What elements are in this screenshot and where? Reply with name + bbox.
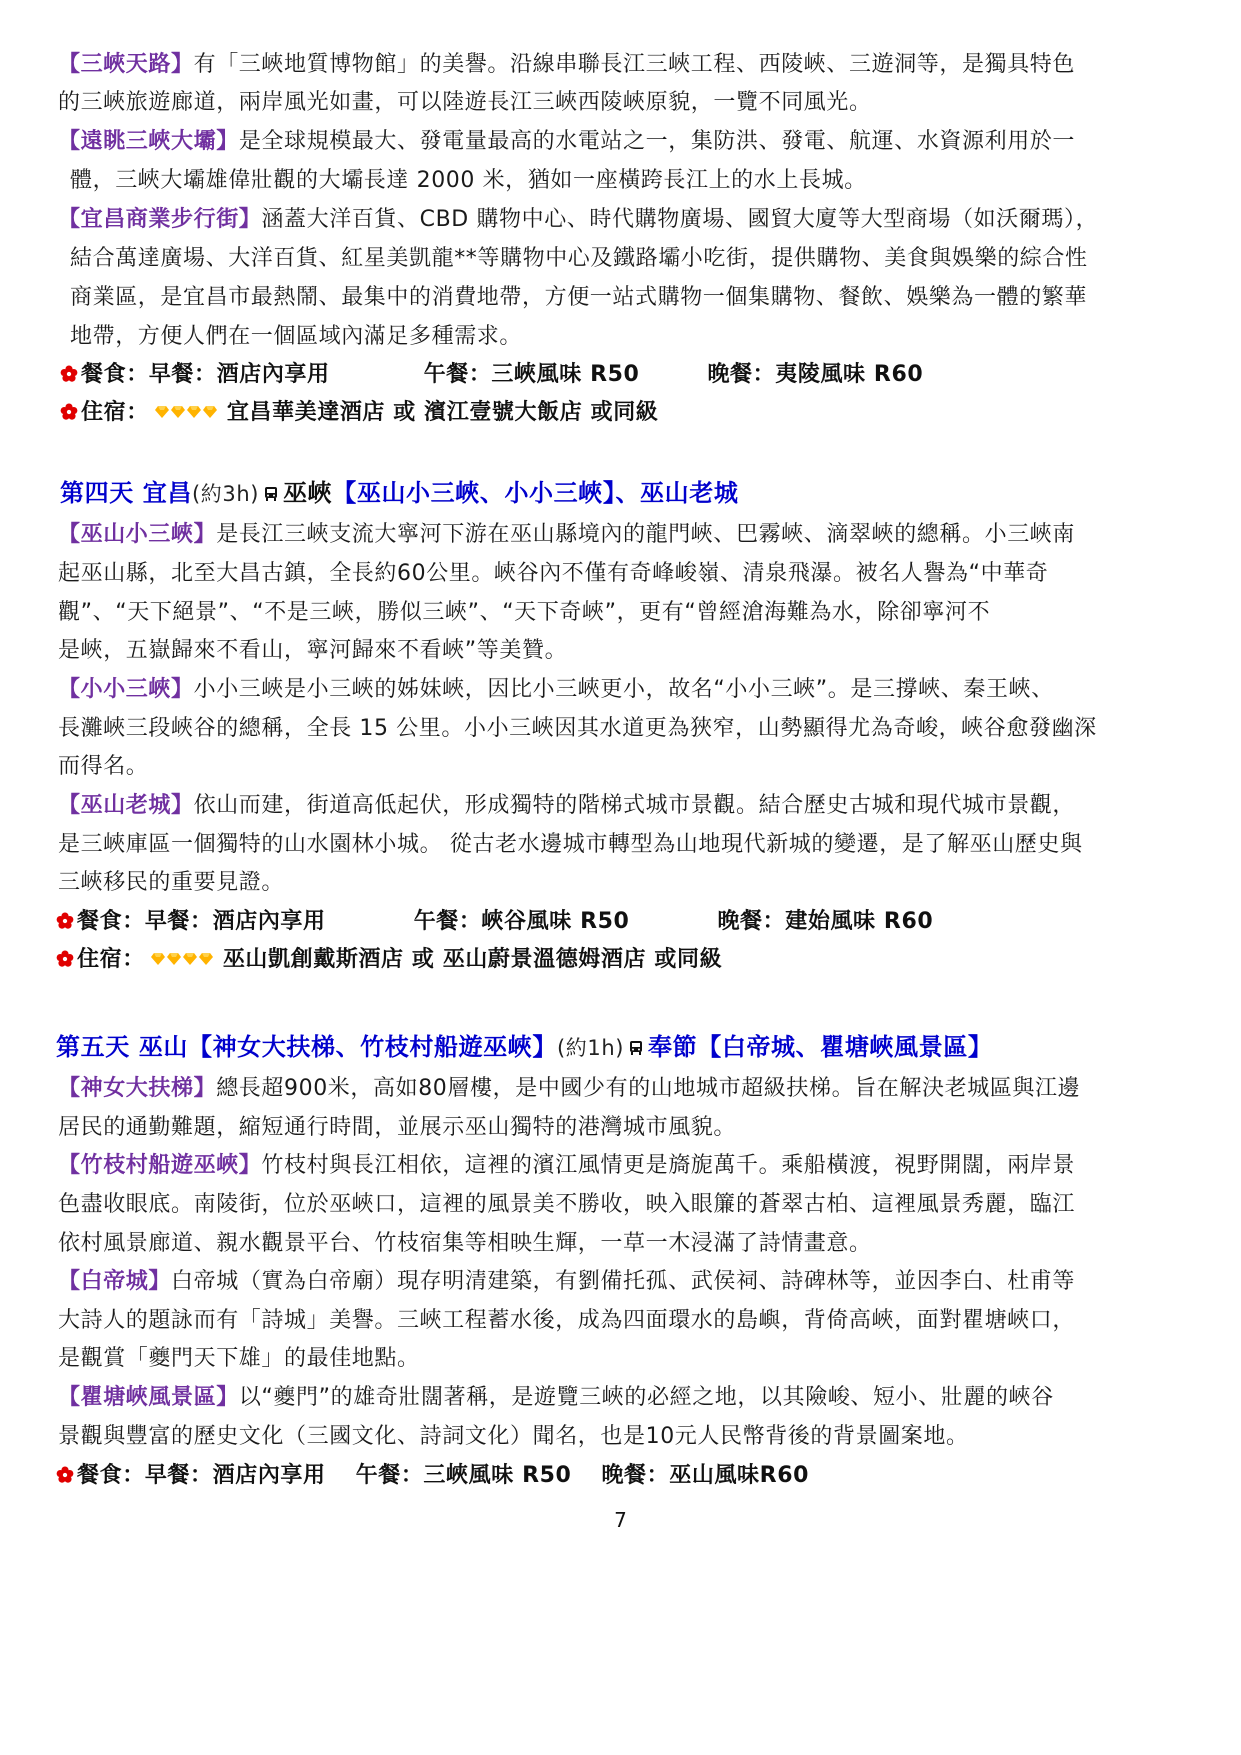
document-page: 【三峽天路】有「三峽地質博物館」的美譽。沿線串聯長江三峽工程、西陵峽、三遊洞等，… [0, 0, 1241, 1755]
attraction-tag: 【巫山老城】 [58, 793, 194, 818]
attraction-tag: 【瞿塘峽風景區】 [58, 1385, 239, 1410]
diamond-icon [187, 406, 201, 418]
meals-label: 餐食： [81, 362, 149, 387]
attraction-paragraph: 【神女大扶梯】總長超900米，高如80層樓，是中國少有的山地城市超級扶梯。旨在解… [58, 1074, 1188, 1104]
flower-icon [56, 912, 74, 930]
day-label: 第四天 [60, 479, 134, 507]
body-text: 是三峽庫區一個獨特的山水園林小城。 從古老水邊城市轉型為山地現代新城的變遷，是了… [58, 830, 1188, 860]
body-text: 白帝城（實為白帝廟）現存明清建築，有劉備托孤、武侯祠、詩碑林等，並因李白、杜甫等 [171, 1269, 1075, 1294]
breakfast: 早餐：酒店內享用 [145, 1463, 326, 1488]
flower-icon [56, 950, 74, 968]
breakfast: 早餐：酒店內享用 [149, 362, 330, 387]
body-text: 依村風景廊道、親水觀景平台、竹枝宿集等相映生輝，一草一木浸滿了詩情畫意。 [58, 1229, 1188, 1259]
attraction-tag: 【宜昌商業步行街】 [58, 207, 261, 232]
lunch: 午餐：峽谷風味 R50 [414, 909, 630, 934]
body-text: 小小三峽是小三峽的姊妹峽，因比小三峽更小，故名“小小三峽”。是三撐峽、秦王峽、 [194, 677, 1054, 702]
attraction-paragraph: 【遠眺三峽大壩】是全球規模最大、發電量最高的水電站之一，集防洪、發電、航運、水資… [58, 127, 1188, 157]
meals-row: 餐食：早餐：酒店內享用午餐：三峽風味 R50晚餐：夷陵風味 R60 [60, 360, 1190, 390]
diamond-icon [203, 406, 217, 418]
attraction-paragraph: 【宜昌商業步行街】涵蓋大洋百貨、CBD 購物中心、時代購物廣場、國貿大廈等大型商… [58, 205, 1188, 235]
attraction-paragraph: 【巫山老城】依山而建，街道高低起伏，形成獨特的階梯式城市景觀。結合歷史古城和現代… [58, 791, 1188, 821]
hotel-row: 住宿：巫山凱創戴斯酒店 或 巫山蔚景溫德姆酒店 或同級 [56, 945, 1186, 975]
body-text: 大詩人的題詠而有「詩城」美譽。三峽工程蓄水後，成為四面環水的島嶼，背倚高峽，面對… [58, 1306, 1188, 1336]
destination-city: 巫峽 [283, 479, 332, 507]
meals-label: 餐食： [77, 1463, 145, 1488]
attraction-paragraph: 【瞿塘峽風景區】以“夔門”的雄奇壯闊著稱，是遊覽三峽的必經之地，以其險峻、短小、… [58, 1383, 1188, 1413]
body-text: 起巫山縣，北至大昌古鎮，全長約60公里。峽谷內不僅有奇峰峻嶺、清泉飛瀑。被名人譽… [58, 559, 1188, 589]
attraction-tag: 【巫山小三峽】 [58, 522, 216, 547]
diamond-icon [199, 953, 213, 965]
attraction-tag: 【竹枝村船遊巫峽】 [58, 1153, 261, 1178]
day-sights: 【白帝城、瞿塘峽風景區】 [697, 1033, 992, 1061]
attraction-tag: 【神女大扶梯】 [58, 1076, 216, 1101]
attraction-paragraph: 【三峽天路】有「三峽地質博物館」的美譽。沿線串聯長江三峽工程、西陵峽、三遊洞等，… [58, 50, 1188, 80]
body-text: 竹枝村與長江相依，這裡的濱江風情更是旖旎萬千。乘船橫渡，視野開闊，兩岸景 [261, 1153, 1075, 1178]
diamond-icon [167, 953, 181, 965]
hotel-label: 住宿： [81, 400, 149, 425]
attraction-paragraph: 【小小三峽】小小三峽是小三峽的姊妹峽，因比小三峽更小，故名“小小三峽”。是三撐峽… [58, 675, 1188, 705]
hotel-name: 宜昌華美達酒店 或 濱江壹號大飯店 或同級 [227, 400, 659, 425]
meals-row: 餐食：早餐：酒店內享用午餐：三峽風味 R50晚餐：巫山風味R60 [56, 1461, 1186, 1491]
dinner: 晚餐：夷陵風味 R60 [707, 362, 923, 387]
body-text: 總長超900米，高如80層樓，是中國少有的山地城市超級扶梯。旨在解決老城區與江邊 [216, 1076, 1080, 1101]
body-text: 觀”、“天下絕景”、“不是三峽，勝似三峽”、“天下奇峽”，更有“曾經滄海難為水，… [58, 598, 1188, 628]
body-text: 結合萬達廣場、大洋百貨、紅星美凱龍**等購物中心及鐵路壩小吃街，提供購物、美食與… [70, 244, 1200, 274]
day-heading: 第五天 巫山【神女大扶梯、竹枝村船遊巫峽】(約1h)奉節【白帝城、瞿塘峽風景區】 [56, 1032, 1186, 1063]
page-number: 7 [0, 1508, 1241, 1532]
body-text: 是峽，五嶽歸來不看山，寧河歸來不看峽”等美贊。 [58, 636, 1188, 666]
star-rating [151, 953, 213, 965]
hotel-row: 住宿：宜昌華美達酒店 或 濱江壹號大飯店 或同級 [60, 398, 1190, 428]
body-text: 長灘峽三段峽谷的總稱，全長 15 公里。小小三峽因其水道更為狹窄，山勢顯得尤為奇… [58, 714, 1188, 744]
attraction-tag: 【白帝城】 [58, 1269, 171, 1294]
travel-duration: (約1h) [557, 1036, 624, 1060]
bus-icon [263, 486, 279, 502]
body-text: 是觀賞「夔門天下雄」的最佳地點。 [58, 1344, 1188, 1374]
body-text: 而得名。 [58, 752, 1188, 782]
star-rating [155, 406, 217, 418]
body-text: 商業區，是宜昌市最熱鬧、最集中的消費地帶，方便一站式購物一個集購物、餐飲、娛樂為… [70, 283, 1200, 313]
body-text: 有「三峽地質博物館」的美譽。沿線串聯長江三峽工程、西陵峽、三遊洞等，是獨具特色 [194, 52, 1075, 77]
attraction-tag: 【三峽天路】 [58, 52, 194, 77]
body-text: 是全球規模最大、發電量最高的水電站之一，集防洪、發電、航運、水資源利用於一 [239, 129, 1075, 154]
dinner: 晚餐：巫山風味R60 [601, 1463, 809, 1488]
diamond-icon [155, 406, 169, 418]
meals-label: 餐食： [77, 909, 145, 934]
flower-icon [60, 403, 78, 421]
attraction-tag: 【小小三峽】 [58, 677, 194, 702]
departure-city: 巫山 [139, 1033, 188, 1061]
lunch: 午餐：三峽風味 R50 [424, 362, 640, 387]
flower-icon [56, 1466, 74, 1484]
attraction-tag: 【遠眺三峽大壩】 [58, 129, 239, 154]
day-heading: 第四天 宜昌(約3h)巫峽【巫山小三峽、小小三峽】、巫山老城 [60, 478, 1190, 509]
breakfast: 早餐：酒店內享用 [145, 909, 326, 934]
meals-row: 餐食：早餐：酒店內享用午餐：峽谷風味 R50晚餐：建始風味 R60 [56, 907, 1186, 937]
hotel-label: 住宿： [77, 947, 145, 972]
body-text: 居民的通勤難題，縮短通行時間，並展示巫山獨特的港灣城市風貌。 [58, 1113, 1188, 1143]
day-label: 第五天 [56, 1033, 130, 1061]
attraction-paragraph: 【白帝城】白帝城（實為白帝廟）現存明清建築，有劉備托孤、武侯祠、詩碑林等，並因李… [58, 1267, 1188, 1297]
diamond-icon [171, 406, 185, 418]
body-text: 涵蓋大洋百貨、CBD 購物中心、時代購物廣場、國貿大廈等大型商場（如沃爾瑪）， [261, 207, 1098, 232]
travel-duration: (約3h) [192, 482, 259, 506]
day-sights: 【巫山小三峽、小小三峽】、巫山老城 [332, 479, 738, 507]
destination-city: 奉節 [648, 1033, 697, 1061]
dinner: 晚餐：建始風味 R60 [717, 909, 933, 934]
hotel-name: 巫山凱創戴斯酒店 或 巫山蔚景溫德姆酒店 或同級 [223, 947, 722, 972]
bus-icon [628, 1040, 644, 1056]
body-text: 的三峽旅遊廊道，兩岸風光如畫，可以陸遊長江三峽西陵峽原貌，一覽不同風光。 [58, 88, 1188, 118]
body-text: 景觀與豐富的歷史文化（三國文化、詩詞文化）聞名，也是10元人民幣背後的背景圖案地… [58, 1422, 1188, 1452]
day-sights: 【神女大扶梯、竹枝村船遊巫峽】 [188, 1033, 557, 1061]
body-text: 以“夔門”的雄奇壯闊著稱，是遊覽三峽的必經之地，以其險峻、短小、壯麗的峽谷 [239, 1385, 1054, 1410]
body-text: 體，三峽大壩雄偉壯觀的大壩長達 2000 米，猶如一座橫跨長江上的水上長城。 [70, 166, 1200, 196]
body-text: 色盡收眼底。南陵街，位於巫峽口，這裡的風景美不勝收，映入眼簾的蒼翠古柏、這裡風景… [58, 1190, 1188, 1220]
diamond-icon [183, 953, 197, 965]
body-text: 三峽移民的重要見證。 [58, 868, 1188, 898]
body-text: 依山而建，街道高低起伏，形成獨特的階梯式城市景觀。結合歷史古城和現代城市景觀， [194, 793, 1075, 818]
departure-city: 宜昌 [143, 479, 192, 507]
diamond-icon [151, 953, 165, 965]
flower-icon [60, 365, 78, 383]
body-text: 地帶，方便人們在一個區域內滿足多種需求。 [70, 322, 1200, 352]
attraction-paragraph: 【竹枝村船遊巫峽】竹枝村與長江相依，這裡的濱江風情更是旖旎萬千。乘船橫渡，視野開… [58, 1151, 1188, 1181]
lunch: 午餐：三峽風味 R50 [356, 1463, 572, 1488]
body-text: 是長江三峽支流大寧河下游在巫山縣境內的龍門峽、巴霧峽、滴翠峽的總稱。小三峽南 [216, 522, 1075, 547]
attraction-paragraph: 【巫山小三峽】是長江三峽支流大寧河下游在巫山縣境內的龍門峽、巴霧峽、滴翠峽的總稱… [58, 520, 1188, 550]
